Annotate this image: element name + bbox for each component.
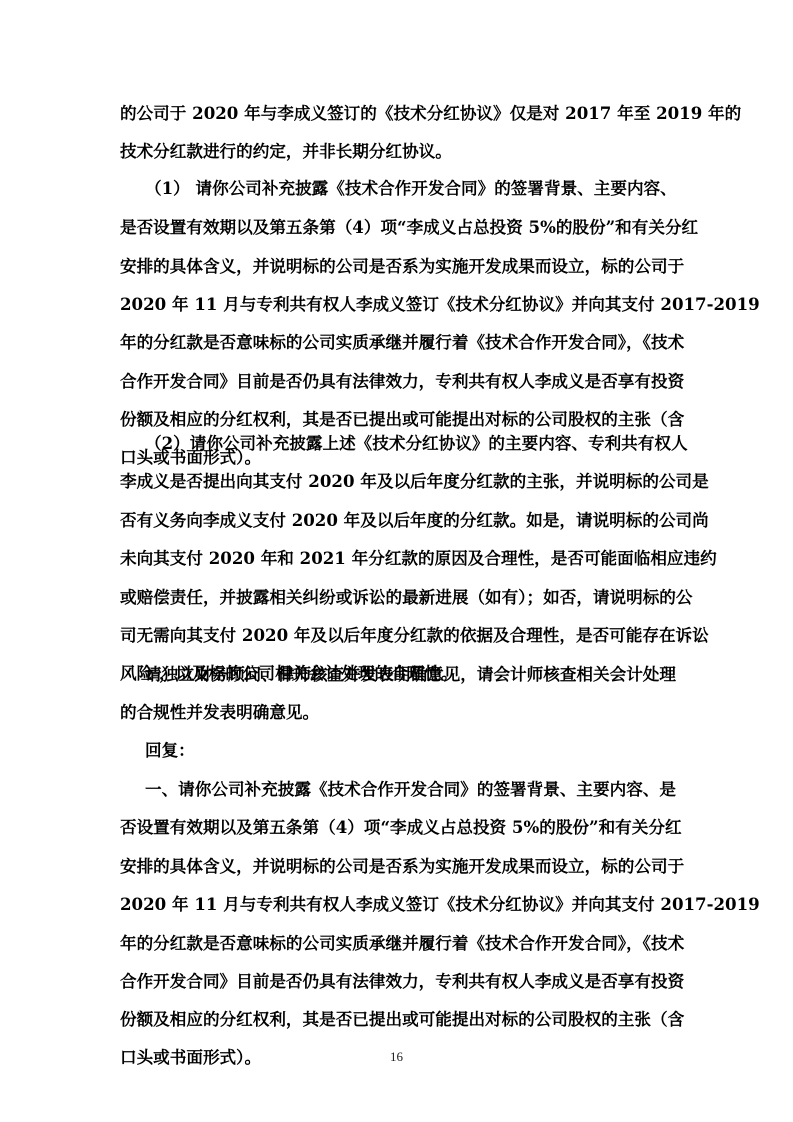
text-line: 是否设置有效期以及第五条第（4）项“李成义占总投资 5%的股份”和有关分红	[120, 215, 673, 239]
text-line: 份额及相应的分红权利，其是否已提出或可能提出对标的公司股权的主张（含	[120, 1007, 673, 1031]
text-line: 合作开发合同》目前是否仍具有法律效力，专利共有权人李成义是否享有投资	[120, 969, 673, 993]
text-line: 2020 年 11 月与专利共有权人李成义签订《技术分红协议》并向其支付 201…	[120, 892, 673, 916]
text-line: （1） 请你公司补充披露《技术合作开发合同》的签署背景、主要内容、	[145, 176, 673, 200]
text-line: 李成义是否提出向其支付 2020 年及以后年度分红款的主张，并说明标的公司是	[120, 469, 673, 493]
text-line: 否设置有效期以及第五条第（4）项“李成义占总投资 5%的股份”和有关分红	[120, 815, 673, 839]
text-line: 份额及相应的分红权利，其是否已提出或可能提出对标的公司股权的主张（含	[120, 407, 673, 431]
text-line: 的合规性并发表明确意见。	[120, 700, 673, 724]
text-line: 请独立财务顾问、律师核查并发表明确意见，请会计师核查相关会计处理	[145, 662, 673, 686]
reply-heading: 回复：	[145, 738, 673, 762]
text-line: 的公司于 2020 年与李成义签订的《技术分红协议》仅是对 2017 年至 20…	[120, 101, 673, 125]
text-line: 年的分红款是否意味标的公司实质承继并履行着《技术合作开发合同》，《技术	[120, 931, 673, 955]
text-line: 一、请你公司补充披露《技术合作开发合同》的签署背景、主要内容、是	[145, 777, 673, 801]
text-line: 安排的具体含义，并说明标的公司是否系为实施开发成果而设立，标的公司于	[120, 254, 673, 278]
text-line: 合作开发合同》目前是否仍具有法律效力，专利共有权人李成义是否享有投资	[120, 369, 673, 393]
text-line: 安排的具体含义，并说明标的公司是否系为实施开发成果而设立，标的公司于	[120, 854, 673, 878]
document-page: 的公司于 2020 年与李成义签订的《技术分红协议》仅是对 2017 年至 20…	[0, 0, 793, 1122]
text-line: 未向其支付 2020 年和 2021 年分红款的原因及合理性，是否可能面临相应违…	[120, 546, 673, 570]
text-line: 否有义务向李成义支付 2020 年及以后年度的分红款。如是，请说明标的公司尚	[120, 508, 673, 532]
page-number: 16	[0, 1049, 793, 1065]
text-line: 技术分红款进行的约定，并非长期分红协议。	[120, 139, 673, 163]
text-line: 年的分红款是否意味标的公司实质承继并履行着《技术合作开发合同》，《技术	[120, 330, 673, 354]
text-line: 或赔偿责任，并披露相关纠纷或诉讼的最新进展（如有）；如否，请说明标的公	[120, 585, 673, 609]
text-line: （2）请你公司补充披露上述《技术分红协议》的主要内容、专利共有权人	[145, 431, 673, 455]
text-line: 司无需向其支付 2020 年及以后年度分红款的依据及合理性，是否可能存在诉讼	[120, 623, 673, 647]
text-line: 2020 年 11 月与专利共有权人李成义签订《技术分红协议》并向其支付 201…	[120, 292, 673, 316]
